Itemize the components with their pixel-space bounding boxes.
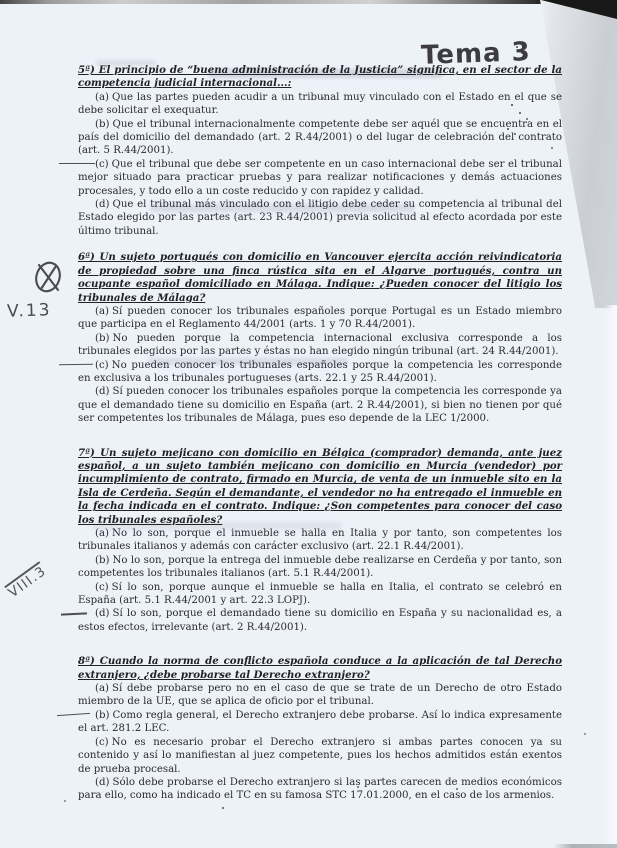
option-text: Que el tribunal internacionalmente compe…: [78, 119, 562, 157]
option-text: No lo son, porque el inmueble se halla e…: [78, 528, 562, 552]
answer-dash-mark: [59, 364, 93, 366]
question-5-option-d: (d)Que el tribunal más vinculado con el …: [78, 198, 562, 238]
option-label: (b): [95, 710, 109, 721]
question-8: 8ª) Cuando la norma de conflicto español…: [78, 655, 562, 802]
question-6: 6ª) Un sujeto portugués con domicilio en…: [78, 251, 562, 425]
option-text: No pueden conocer los tribunales español…: [78, 360, 562, 384]
question-7: 7ª) Un sujeto mejicano con domicilio en …: [78, 447, 562, 635]
option-label: (c): [95, 582, 109, 593]
option-label: (a): [95, 306, 109, 317]
question-6-option-d: (d)Sí pueden conocer los tribunales espa…: [78, 385, 562, 425]
question-8-header: 8ª) Cuando la norma de conflicto español…: [78, 655, 562, 682]
option-text: Sí lo son, porque el demandado tiene su …: [78, 608, 562, 632]
handwritten-margin-note-v13: V.13: [7, 300, 52, 322]
option-text: Sí lo son, porque aunque el inmueble se …: [78, 582, 562, 606]
question-6-option-c: (c)No pueden conocer los tribunales espa…: [78, 359, 562, 386]
option-label: (d): [95, 386, 109, 397]
question-5-header: 5ª) El principio de “buena administració…: [78, 64, 562, 91]
question-8-option-d: (d)Sólo debe probarse el Derecho extranj…: [78, 776, 562, 803]
exam-text-block: 5ª) El principio de “buena administració…: [78, 64, 562, 803]
scanner-edge-top: [0, 0, 617, 4]
option-label: (c): [95, 360, 109, 371]
question-6-option-b: (b)No pueden porque la competencia inter…: [78, 332, 562, 359]
question-8-option-a: (a)Sí debe probarse pero no en el caso d…: [78, 682, 562, 709]
question-7-option-c: (c)Sí lo son, porque aunque el inmueble …: [78, 581, 562, 608]
question-8-option-c: (c)No es necesario probar el Derecho ext…: [78, 736, 562, 776]
option-label: (a): [95, 92, 109, 103]
option-text: Sí debe probarse pero no en el caso de q…: [78, 683, 562, 707]
question-7-option-b: (b)No lo son, porque la entrega del inmu…: [78, 554, 562, 581]
circled-x-icon: [30, 257, 66, 303]
scanned-exam-page: Tema 3 V.13 VIII.3 5ª) El principio de “…: [0, 0, 617, 848]
option-text: Que el tribunal más vinculado con el lit…: [78, 199, 562, 237]
question-8-option-b: (b)Como regla general, el Derecho extran…: [78, 709, 562, 736]
question-7-option-a: (a)No lo son, porque el inmueble se hall…: [78, 527, 562, 554]
option-text: No es necesario probar el Derecho extran…: [78, 737, 562, 775]
question-5-option-c: (c)Que el tribunal que debe ser competen…: [78, 158, 562, 198]
option-label: (b): [95, 333, 109, 344]
option-label: (d): [95, 199, 109, 210]
option-text: Sí pueden conocer los tribunales español…: [78, 306, 562, 330]
photocopy-specks: [0, 0, 2, 2]
option-text: Sí pueden conocer los tribunales español…: [78, 386, 562, 424]
paper-right-edge: [605, 305, 617, 844]
option-text: No pueden porque la competencia internac…: [78, 333, 562, 357]
answer-dash-mark: [59, 163, 95, 164]
option-label: (c): [95, 737, 109, 748]
option-text: Que el tribunal que debe ser competente …: [78, 159, 562, 197]
question-5-option-a: (a)Que las partes pueden acudir a un tri…: [78, 91, 562, 118]
question-6-option-a: (a)Sí pueden conocer los tribunales espa…: [78, 305, 562, 332]
option-text: Sólo debe probarse el Derecho extranjero…: [78, 777, 562, 801]
option-text: No lo son, porque la entrega del inmuebl…: [78, 555, 562, 579]
answer-dash-mark: [61, 612, 87, 615]
option-label: (d): [95, 777, 109, 788]
option-text: Como regla general, el Derecho extranjer…: [78, 710, 562, 734]
question-7-option-d: (d)Sí lo son, porque el demandado tiene …: [78, 607, 562, 634]
option-text: Que las partes pueden acudir a un tribun…: [78, 92, 562, 116]
question-6-header: 6ª) Un sujeto portugués con domicilio en…: [78, 251, 562, 305]
scanner-edge-bottom: [553, 844, 617, 848]
option-label: (a): [95, 528, 109, 539]
option-label: (b): [95, 555, 109, 566]
option-label: (b): [95, 119, 109, 130]
answer-dash-mark: [57, 713, 90, 716]
option-label: (a): [95, 683, 109, 694]
question-5-option-b: (b)Que el tribunal internacionalmente co…: [78, 118, 562, 158]
question-7-header: 7ª) Un sujeto mejicano con domicilio en …: [78, 447, 562, 527]
option-label: (d): [95, 608, 109, 619]
option-label: (c): [95, 159, 109, 170]
handwritten-margin-note-viii3: VIII.3: [5, 563, 49, 601]
question-5: 5ª) El principio de “buena administració…: [78, 64, 562, 238]
